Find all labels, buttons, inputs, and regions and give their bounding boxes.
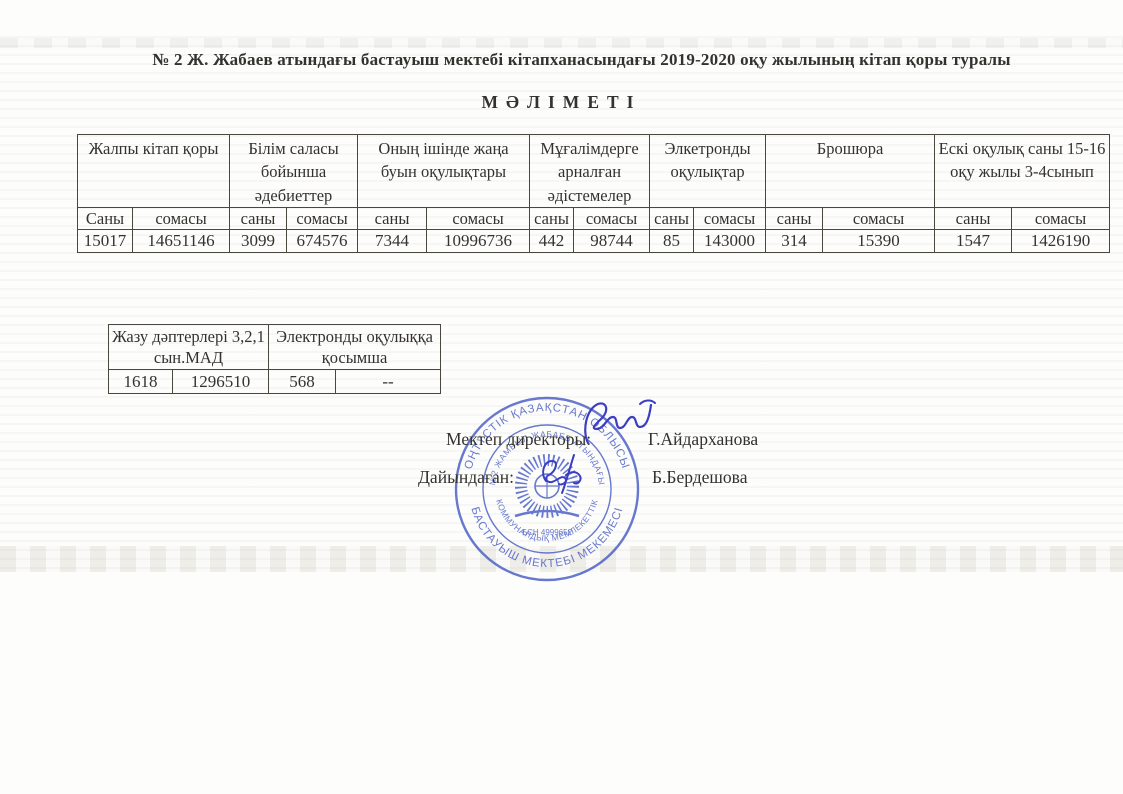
group-header-cell: Ескі оқулық саны 15-16 оқу жылы 3-4сынып [935,135,1110,208]
group-header-cell: Брошюра [766,135,935,208]
qty-value-cell: 1618 [109,370,173,394]
table-row: 15017 14651146 3099 674576 7344 10996736… [78,230,1110,253]
sum-header-cell: сомасы [574,208,650,230]
director-name: Г.Айдарханова [648,429,758,450]
group-header-cell: Жалпы кітап қоры [78,135,230,208]
document-subtitle: МӘЛІМЕТІ [0,92,1123,113]
sum-header-cell: сомасы [1012,208,1110,230]
sum-value-cell: 14651146 [133,230,230,253]
sum-value-cell: 1296510 [173,370,269,394]
notebooks-table: Жазу дәптерлері 3,2,1 сын.МАД Электронды… [108,324,441,394]
prepared-by-label: Дайындаған: [418,467,514,488]
scanned-document-page: № 2 Ж. Жабаев атындағы бастауыш мектебі … [0,0,1123,794]
sum-header-cell: сомасы [694,208,766,230]
qty-value-cell: 85 [650,230,694,253]
director-label: Мектеп директоры: [446,429,591,450]
sum-value-cell: 98744 [574,230,650,253]
qty-header-cell: саны [650,208,694,230]
qty-header-cell: саны [935,208,1012,230]
sum-value-cell: 1426190 [1012,230,1110,253]
qty-value-cell: 7344 [358,230,427,253]
table-row: Жазу дәптерлері 3,2,1 сын.МАД Электронды… [109,325,441,370]
qty-header-cell: саны [530,208,574,230]
group-header-cell: Оның ішінде жаңа буын оқулықтары [358,135,530,208]
table-row: Жалпы кітап қоры Білім саласы бойынша әд… [78,135,1110,208]
sum-value-cell: 143000 [694,230,766,253]
table-row: 1618 1296510 568 -- [109,370,441,394]
group-header-cell: Білім саласы бойынша әдебиеттер [230,135,358,208]
qty-value-cell: 442 [530,230,574,253]
group-header-cell: Электронды оқулыққа қосымша [269,325,441,370]
sum-value-cell: 674576 [287,230,358,253]
stamp-bsn-text: БСН 4999652 [522,528,573,537]
qty-value-cell: 568 [269,370,336,394]
scan-streak-top [0,38,1123,48]
group-header-cell: Элкетронды оқулықтар [650,135,766,208]
qty-header-cell: саны [766,208,823,230]
qty-header-cell: саны [230,208,287,230]
sum-value-cell: -- [336,370,441,394]
group-header-cell: Мұғалімдерге арналған әдістемелер [530,135,650,208]
sum-value-cell: 15390 [823,230,935,253]
sum-header-cell: сомасы [823,208,935,230]
sum-header-cell: сомасы [133,208,230,230]
qty-value-cell: 3099 [230,230,287,253]
qty-value-cell: 15017 [78,230,133,253]
library-fund-table: Жалпы кітап қоры Білім саласы бойынша әд… [77,134,1110,253]
group-header-cell: Жазу дәптерлері 3,2,1 сын.МАД [109,325,269,370]
prepared-by-name: Б.Бердешова [652,467,747,488]
director-signature-icon [580,397,660,449]
table-row: Саны сомасы саны сомасы саны сомасы саны… [78,208,1110,230]
sum-header-cell: сомасы [287,208,358,230]
document-title: № 2 Ж. Жабаев атындағы бастауыш мектебі … [60,50,1103,70]
sum-value-cell: 10996736 [427,230,530,253]
qty-header-cell: Саны [78,208,133,230]
prepared-by-signature-icon [536,451,594,497]
qty-value-cell: 314 [766,230,823,253]
qty-header-cell: саны [358,208,427,230]
qty-value-cell: 1547 [935,230,1012,253]
sum-header-cell: сомасы [427,208,530,230]
